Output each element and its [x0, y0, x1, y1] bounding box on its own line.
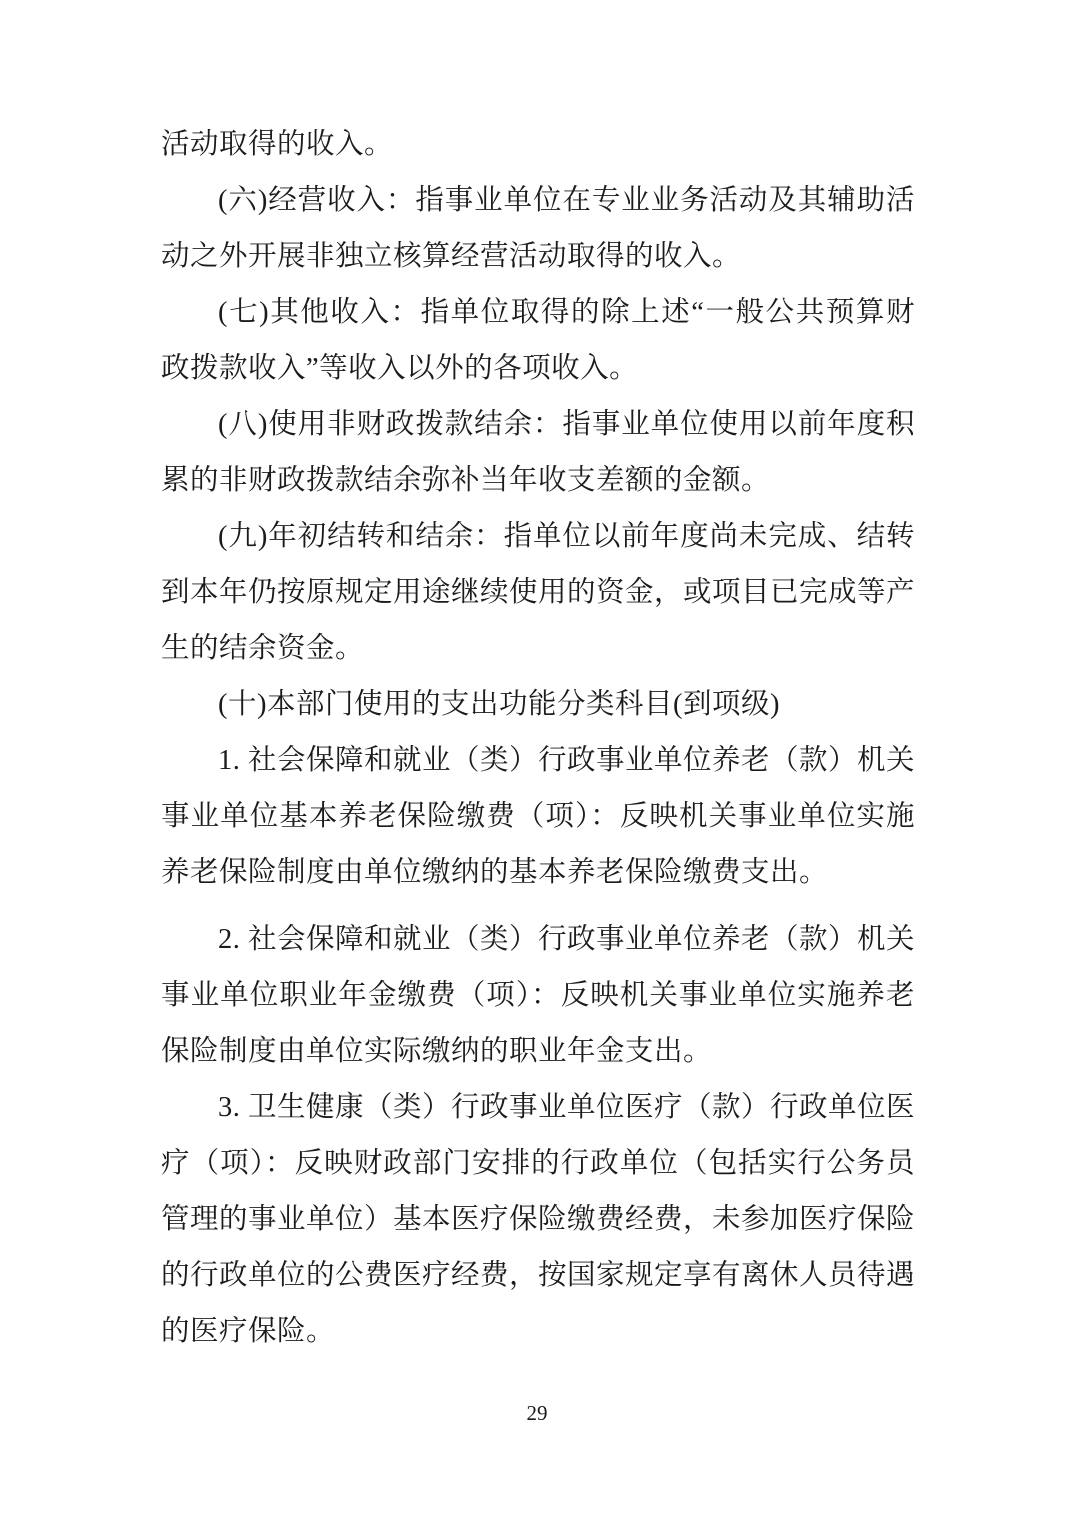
document-paragraph: 2. 社会保障和就业（类）行政事业单位养老（款）机关事业单位职业年金缴费（项）：… — [161, 912, 915, 1080]
document-paragraph: (六)经营收入：指事业单位在专业业务活动及其辅助活动之外开展非独立核算经营活动取… — [161, 173, 915, 285]
document-body: 活动取得的收入。 (六)经营收入：指事业单位在专业业务活动及其辅助活动之外开展非… — [161, 117, 915, 1360]
document-paragraph: (八)使用非财政拨款结余：指事业单位使用以前年度积累的非财政拨款结余弥补当年收支… — [161, 397, 915, 509]
document-paragraph: (十)本部门使用的支出功能分类科目(到项级) — [161, 677, 915, 733]
page-number: 29 — [527, 1401, 548, 1425]
document-page: 活动取得的收入。 (六)经营收入：指事业单位在专业业务活动及其辅助活动之外开展非… — [0, 0, 1074, 1520]
document-paragraph: (九)年初结转和结余：指单位以前年度尚未完成、结转到本年仍按原规定用途继续使用的… — [161, 509, 915, 677]
document-paragraph: 1. 社会保障和就业（类）行政事业单位养老（款）机关事业单位基本养老保险缴费（项… — [161, 733, 915, 901]
document-paragraph: 活动取得的收入。 — [161, 117, 915, 173]
document-paragraph: (七)其他收入：指单位取得的除上述“一般公共预算财政拨款收入”等收入以外的各项收… — [161, 285, 915, 397]
document-paragraph: 3. 卫生健康（类）行政事业单位医疗（款）行政单位医疗（项）：反映财政部门安排的… — [161, 1080, 915, 1360]
page-footer: 29 — [0, 1398, 1074, 1428]
